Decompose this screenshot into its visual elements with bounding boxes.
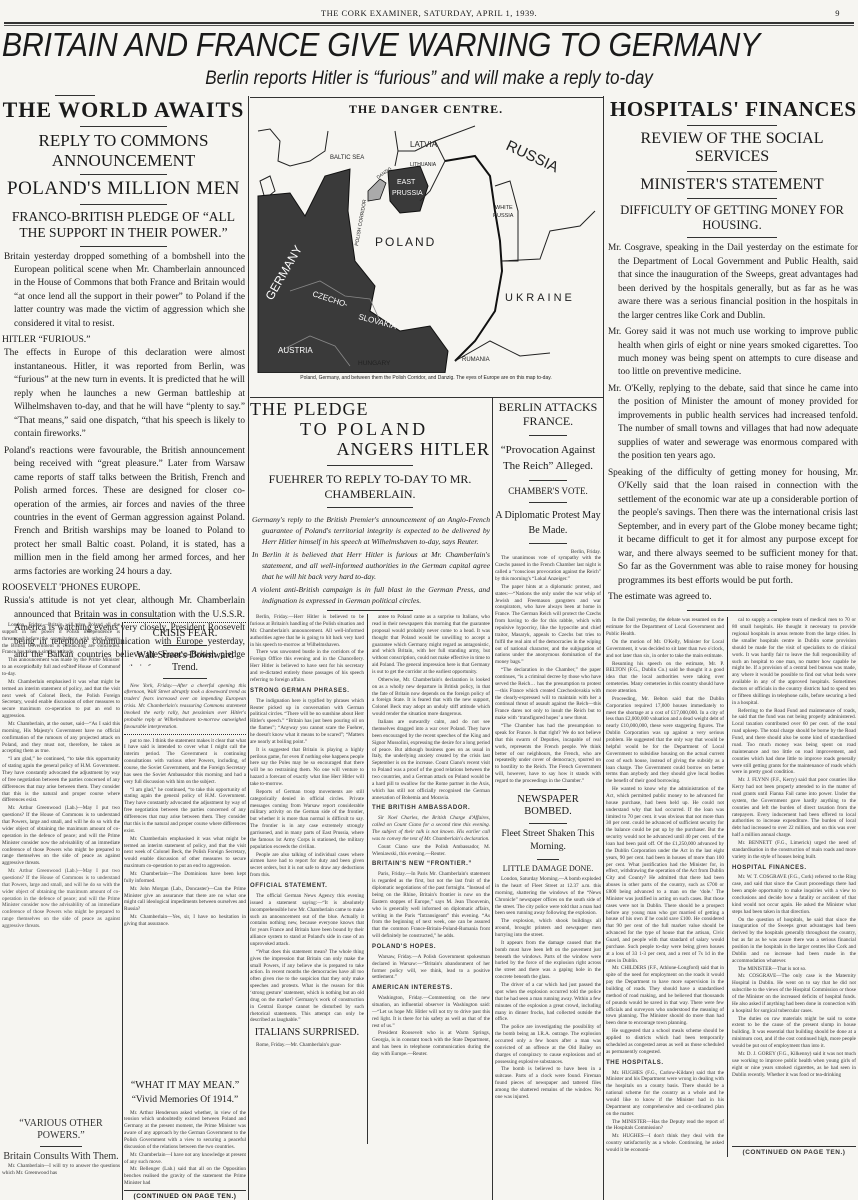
title-line: ANGERS HITLER [250, 440, 490, 460]
article-deck: FRANCO-BRITISH PLEDGE OF “ALL THE SUPPOR… [2, 209, 245, 241]
article-title: THE WORLD AWAITS [2, 98, 245, 122]
paragraph: Britain yesterday dropped something of a… [2, 251, 245, 332]
rule [80, 246, 167, 247]
paragraph: Mr. COSGRAVE—The only case is the Matern… [732, 973, 856, 1014]
article-deck: DIFFICULTY OF GETTING MONEY FOR HOUSING. [606, 203, 858, 233]
map-label-ukraine: UKRAINE [505, 292, 575, 304]
paragraph: Mr. John Morgan (Lab., Doncaster)—Can th… [124, 886, 246, 913]
paragraph: Italians are outwardly calm, and do not … [372, 719, 490, 801]
paragraph: Mr. D. J. GOREY (F.G., Kilkenny) said it… [732, 1051, 856, 1078]
article-body: London, Saturday Morning.—A bomb explode… [495, 876, 601, 1101]
paragraph: Mr. Chamberlain—I have not any knowledge… [124, 1152, 246, 1166]
map-label-austria: AUSTRIA [278, 346, 313, 355]
paragraph: Mr. J. FLYNN (F.F., Kerry) said that poo… [732, 777, 856, 839]
map-label-white-russia: WHITE [495, 205, 513, 211]
map-label-baltic: BALTIC SEA [330, 155, 364, 161]
rule [529, 543, 567, 544]
paragraph: The MINISTER—That is not so. [732, 966, 856, 973]
paragraph: Mr. Cosgrave, speaking in the Dail yeste… [606, 242, 858, 323]
paragraph: The explosion, which shook buildings all… [495, 918, 601, 939]
article-body: New York, Friday.—After a cheerful openi… [124, 683, 246, 731]
section-heading: HOSPITAL FINANCES. [732, 865, 856, 873]
article-column: In the Dail yesterday, the debate was re… [606, 617, 728, 1157]
rule [80, 126, 167, 127]
paragraph: Mr. Chamberlain—I will try to answer the… [2, 1163, 120, 1177]
paragraph: This announcement was made by the Prime … [2, 657, 120, 678]
paragraph: cal to supply a complete team of medical… [732, 617, 856, 706]
paragraph: Reports of German troop movements are st… [250, 789, 364, 851]
rule [687, 171, 778, 172]
article-subtitle: A Diplomatic Protest May Be Made. [495, 508, 601, 538]
section-heading: “Vivid Memories Of 1914.” [124, 1095, 246, 1106]
rule [124, 622, 246, 623]
rule [529, 435, 567, 436]
article-column: antee to Poland came as a surprise to It… [372, 614, 490, 1144]
rule [163, 645, 207, 646]
section-heading: ROOSEVELT 'PHONES EUROPE. [2, 582, 245, 593]
paragraph: Mr. BENNETT (F.G., Limerick) urged the n… [732, 840, 856, 861]
map-label-rumania: RUMANIA [462, 357, 490, 363]
rule [529, 823, 567, 824]
paragraph: Washington, Friday.—Commenting on the ne… [372, 995, 490, 1029]
article-subtitle: REPLY TO COMMONS ANNOUNCEMENT [2, 131, 245, 170]
title-line: TO POLAND [250, 420, 490, 440]
europe-map-illustration: LATVIA BALTIC SEA LITHUANIA DANZIG EAST … [250, 121, 602, 373]
paragraph: The indignation here is typified by phra… [250, 698, 364, 746]
continued-link[interactable]: (CONTINUED ON PAGE TEN.) [732, 1146, 856, 1158]
paragraph: Speaking of the difficulty of getting mo… [606, 467, 858, 588]
rule [80, 204, 167, 205]
column-rule [492, 398, 493, 1200]
paragraph: The MINISTER—Has the Deputy read the rep… [606, 1119, 724, 1133]
paragraph: “The Chamber has had the presumption to … [495, 723, 601, 785]
paragraph: On the question of hospitals, he said th… [732, 917, 856, 965]
paragraph: In Berlin it is believed that Herr Hitle… [250, 549, 490, 582]
section-heading: Fleet Street Shaken This Morning. [495, 828, 601, 855]
article-title: HOSPITALS' FINANCES [606, 98, 858, 121]
rule [327, 465, 413, 466]
paragraph: Mr. O'Kelly, replying to the debate, sai… [606, 383, 858, 464]
section-heading: HITLER “FURIOUS.” [2, 334, 245, 345]
rule [687, 237, 778, 238]
paragraph: President Roosevelt who is at Warm Sprin… [372, 1030, 490, 1057]
paragraph: “The declaration in the Chamber,” the pa… [495, 667, 601, 722]
rule [687, 198, 778, 199]
section-heading: STRONG GERMAN PHRASES. [250, 688, 364, 696]
paragraph: Mr. Chamberlain, at the outset, said—“As… [2, 721, 120, 755]
paragraph: Mr. CHILDERS (F.F., Athlone-Longford) sa… [606, 965, 724, 1027]
section-heading: BRITAIN'S NEW “FRONTIER.” [372, 861, 490, 869]
sub-headline: Berlin reports Hitler is “furious” and w… [43, 68, 815, 90]
rule [80, 174, 167, 175]
section-heading: OFFICIAL STATEMENT. [250, 883, 364, 891]
paragraph: Mr. Bellenger (Lab.) said that all on th… [124, 1166, 246, 1187]
main-headline: BRITAIN AND FRANCE GIVE WARNING TO GERMA… [0, 26, 789, 64]
paragraph: Mr. Arthur Greenwood (Lab.)—May I put tw… [2, 805, 120, 867]
article-world-awaits: THE WORLD AWAITS REPLY TO COMMONS ANNOUN… [2, 98, 245, 666]
section-heading: LITTLE DAMAGE DONE. [495, 864, 601, 874]
rule [327, 610, 413, 611]
article-column: Berlin, Friday.—Herr Hitler is believed … [250, 614, 368, 1144]
rule [40, 1146, 82, 1147]
article-columns: Berlin, Friday.—Herr Hitler is believed … [250, 614, 490, 1144]
paragraph: In the Dail yesterday, the debate was re… [606, 617, 724, 638]
page-number: 9 [835, 8, 840, 18]
paragraph: Referring to the Road Fund and maintenan… [732, 708, 856, 777]
section-heading: THE HOSPITALS. [606, 1060, 724, 1068]
article-subtitle: REVIEW OF THE SOCIAL SERVICES [606, 130, 858, 167]
rule [163, 678, 207, 679]
paragraph: London, Friday.—Britain will give Poland… [2, 622, 120, 656]
paragraph: The driver of a car which had just passe… [495, 982, 601, 1023]
paragraph: The paper hints at a diplomatic protest,… [495, 584, 601, 666]
paragraph: “I am glad,” he continued, “to take this… [2, 756, 120, 804]
article-body: put to me. I think the statement makes i… [124, 738, 246, 928]
paragraph: Poland's reactions were favourable, the … [2, 445, 245, 580]
column-rule [603, 96, 604, 1200]
rule [250, 397, 603, 398]
paragraph: Resuming his speech on the estimate, Mr.… [606, 661, 724, 695]
paragraph: Otherwise, Mr. Chamberlain's declaration… [372, 677, 490, 718]
article-subtitle: CHAMBER'S VOTE. [495, 486, 601, 497]
section-heading: POLAND'S HOPES. [372, 944, 490, 952]
rule [687, 125, 778, 126]
paragraph: Warsaw, Friday.—A Polish Government spok… [372, 954, 490, 981]
continued-link[interactable]: (CONTINUED ON PAGE TEN.) [124, 1190, 246, 1200]
what-it-may-mean-block: “WHAT IT MAY MEAN.” “Vivid Memories Of 1… [124, 1077, 246, 1200]
rule [327, 507, 413, 508]
paragraph: Mr. Chamberlain emphasised it was what m… [2, 679, 120, 720]
paragraph: Mr. Chamberlain—The Dominions have been … [124, 871, 246, 885]
article-london-dispatch: London, Friday.—Britain will give Poland… [2, 622, 120, 1200]
various-powers-block: “VARIOUS OTHER POWERS.” Britain Consults… [2, 1114, 120, 1178]
map-label-white-russia: RUSSIA [493, 213, 514, 219]
map-caption: Poland, Germany, and between them the Po… [250, 375, 602, 381]
article-subtitle: Wall Street's Downward Trend. [124, 650, 246, 674]
map-label-east-prussia: EAST [397, 179, 416, 186]
map-label-poland: POLAND [375, 235, 436, 249]
section-heading: ITALIANS SURPRISED. [250, 1027, 364, 1039]
rule [124, 734, 246, 735]
article-subtitle: POLAND'S MILLION MEN [2, 179, 245, 200]
paragraph: The police are investigating the possibi… [495, 1024, 601, 1065]
map-label-lithuania: LITHUANIA [410, 162, 437, 168]
map-title: THE DANGER CENTRE. [250, 102, 602, 117]
paragraph: Mr. Arthur Henderson asked whether, in v… [124, 1110, 246, 1151]
paragraph: put to me. I think the statement makes i… [124, 738, 246, 786]
paragraph: He suggested that a school meals scheme … [606, 1028, 724, 1055]
column-rule [248, 96, 249, 1200]
article-body: Berlin, Friday. The unanimous vote of sy… [495, 549, 601, 785]
title-line: THE PLEDGE [250, 400, 490, 420]
paragraph: It appears from the damage caused that t… [495, 940, 601, 981]
paragraph: He wanted to know why the administration… [606, 786, 724, 964]
paragraph: Mr. Gorey said it was not much use worki… [606, 326, 858, 380]
paragraph: The official German News Agency this eve… [250, 893, 364, 948]
article-title: CRISIS FEAR. [124, 628, 246, 641]
paragraph: On the motion of Mr. O'Kelly, Minister f… [606, 639, 724, 660]
paragraph: Mr. W. T. COSGRAVE (F.G., Cork) referred… [732, 874, 856, 915]
section-heading: NEWSPAPER BOMBED. [495, 794, 601, 819]
article-subtitle: FUEHRER TO REPLY TO-DAY TO MR. CHAMBERLA… [250, 472, 490, 501]
paragraph: Berlin, Friday.—Herr Hitler is believed … [250, 614, 364, 648]
map-label-latvia: LATVIA [410, 140, 438, 149]
paragraph: Sir Noel Charles, the British Charge d'A… [372, 815, 490, 842]
section-heading: Britain Consults With Them. [2, 1151, 120, 1163]
masthead-text: THE CORK EXAMINER, SATURDAY, APRIL 1, 19… [321, 8, 537, 18]
section-heading: THE BRITISH AMBASSADOR. [372, 805, 490, 813]
paragraph: It is suggested that Britain is playing … [250, 747, 364, 788]
rule [687, 610, 778, 611]
rule [529, 480, 567, 481]
paragraph: antee to Poland came as a surprise to It… [372, 614, 490, 676]
article-hospitals-finances: HOSPITALS' FINANCES REVIEW OF THE SOCIAL… [606, 98, 858, 1200]
rule [529, 502, 567, 503]
article-body: Mr. Arthur Henderson asked whether, in v… [124, 1110, 246, 1187]
paragraph: A violent anti-British campaign is in fu… [250, 584, 490, 606]
paragraph: New York, Friday.—After a cheerful openi… [124, 683, 246, 731]
section-heading: AMERICAN INTERESTS. [372, 985, 490, 993]
paragraph: London, Saturday Morning.—A bomb explode… [495, 876, 601, 917]
column-rule [122, 622, 123, 1200]
section-heading: “VARIOUS OTHER POWERS.” [2, 1118, 120, 1142]
paragraph: Mr. Chamberlain emphasised it was what m… [124, 836, 246, 870]
article-crisis-fear: CRISIS FEAR. Wall Street's Downward Tren… [124, 622, 246, 1200]
paragraph: “I am glad,” he continued, “to take this… [124, 787, 246, 835]
rule [537, 859, 558, 860]
paragraph: Germany's reply to the British Premier's… [250, 514, 490, 547]
paragraph: Mr. Chamberlain—Yes, sir, I have no hesi… [124, 914, 246, 928]
paragraph: People are also talking of individual ca… [250, 852, 364, 879]
paragraph: The effects in Europe of this declaratio… [2, 347, 245, 441]
rule [529, 789, 567, 790]
article-column: cal to supply a complete team of medical… [732, 617, 856, 1157]
paragraph: “What does this statement mean? The whol… [250, 949, 364, 1024]
article-columns: In the Dail yesterday, the debate was re… [606, 617, 858, 1157]
paragraph: The unanimous vote of sympathy with the … [495, 555, 601, 582]
paragraph: Count Ciano saw the Polish Ambassador, M… [372, 844, 490, 858]
map-label-hungary: HUNGARY [358, 360, 391, 367]
rule [55, 95, 95, 96]
paragraph: Proceeding, Mr. Belton said that the Dub… [606, 696, 724, 785]
paragraph: Mr. Arthur Greenwood (Lab.)—May I put tw… [2, 868, 120, 930]
paragraph: Mr. HUGHES (F.G., Carlow-Kildare) said t… [606, 1070, 724, 1118]
article-pledge-to-poland: THE PLEDGE TO POLAND ANGERS HITLER FUEHR… [250, 400, 490, 1200]
rule [80, 618, 160, 619]
article-subtitle: MINISTER'S STATEMENT [606, 176, 858, 194]
map-label-east-prussia: PRUSSIA [392, 190, 423, 197]
article-berlin-attacks-france: BERLIN ATTACKS FRANCE. “Provocation Agai… [495, 400, 601, 1200]
paragraph: Mr. HUGHES—I don't think they deal with … [606, 1133, 724, 1154]
paragraph: Paris, Friday.—In Paris Mr. Chamberlain'… [372, 871, 490, 940]
article-title: BERLIN ATTACKS FRANCE. [495, 400, 601, 429]
article-title: THE PLEDGE TO POLAND ANGERS HITLER [250, 400, 490, 459]
section-heading: “WHAT IT MAY MEAN.” [124, 1080, 246, 1092]
paragraph: Rome, Friday.—Mr. Chamberlain's guar- [250, 1042, 364, 1049]
paragraph: There was unwonted bustle in the corrido… [250, 649, 364, 683]
map-danger-centre: THE DANGER CENTRE. LATVIA BALTIC SEA LIT… [250, 98, 602, 396]
paragraph: The estimate was agreed to. [606, 591, 858, 604]
paragraph: The bomb is believed to have been in a s… [495, 1066, 601, 1100]
article-subtitle: “Provocation Against The Reich” Alleged. [495, 442, 601, 475]
paragraph: The duties on raw materials might be sai… [732, 1016, 856, 1050]
